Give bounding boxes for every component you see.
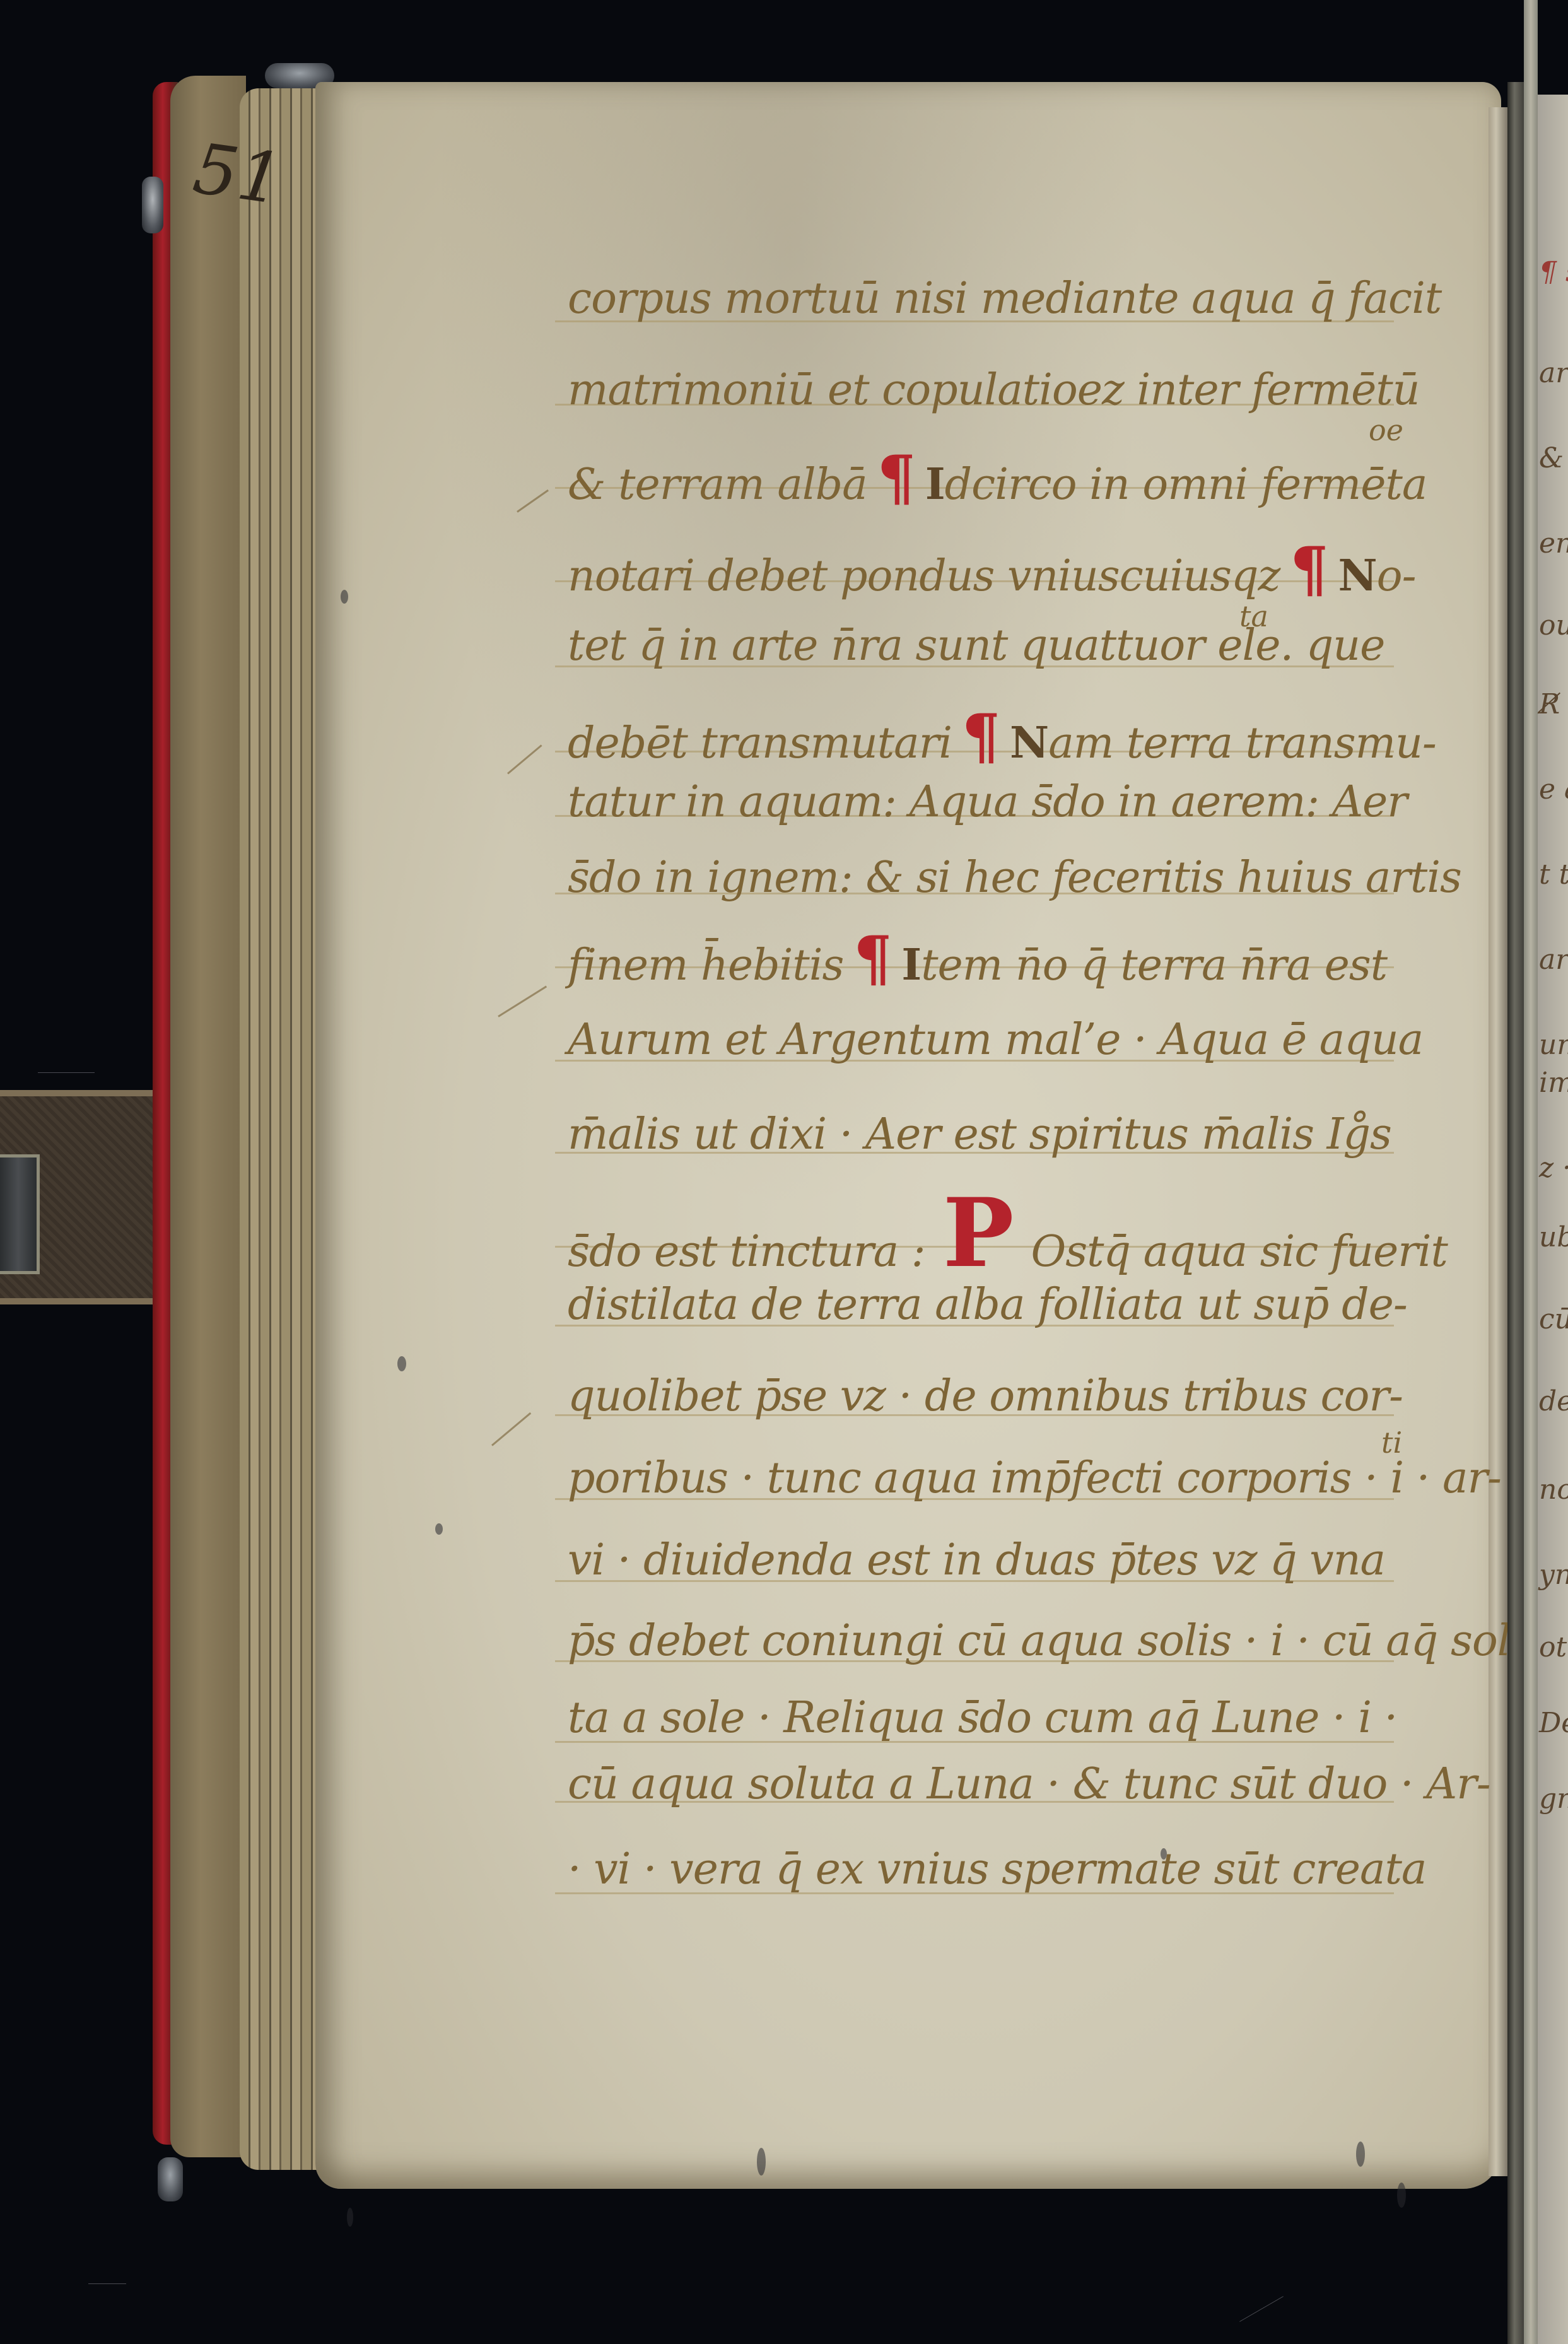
line-text: tatur in aquam: Aqua s̄do in aerem: Aer — [568, 781, 1407, 824]
touched-capital: I — [925, 463, 945, 506]
facing-page-fragment: oua — [1539, 612, 1568, 640]
line-text: ta a sole · Reliqua s̄do cum aq̄ Lune · … — [568, 1697, 1397, 1740]
line-text: quolibet p̄se vz · de omnibus tribus cor… — [568, 1375, 1403, 1418]
ink-speck — [347, 2208, 353, 2227]
pilcrow-rubric-icon: ¶ — [1290, 539, 1328, 600]
facing-page-fragment: umf — [1539, 1031, 1568, 1059]
text-line-19: cū aqua soluta a Luna · & tunc sūt duo ·… — [568, 1763, 1400, 1806]
page-fore-edge — [1489, 107, 1507, 2176]
binding-turn-in — [170, 76, 246, 2157]
line-text: notari debet pondus vniuscuiusqz — [568, 555, 1280, 598]
gutter-shadow — [1507, 82, 1525, 2344]
facing-page-fragment: artes — [1539, 360, 1568, 387]
text-line-10: Aurum et Argentum mal’e · Aqua ē aqua — [568, 1019, 1400, 1062]
metal-clasp-plate — [0, 1154, 40, 1274]
line-text: s̄do est tinctura : — [568, 1231, 925, 1274]
text-line-15: poribus · tunc aqua imp̄fecti corporis ·… — [568, 1457, 1400, 1500]
line-text: corpus mortuū nisi mediante aqua q̄ faci… — [568, 278, 1441, 320]
line-text: Aurum et Argentum mal’e · Aqua ē aqua — [568, 1019, 1423, 1062]
pilcrow-rubric-icon: ¶ — [877, 448, 915, 508]
facing-page-fragment: arte — [1539, 946, 1568, 974]
facing-page-fragment: gnis — [1539, 1785, 1568, 1813]
touched-capital: N — [1010, 722, 1048, 765]
ink-speck — [757, 2148, 766, 2176]
facing-page: ¶ send artes & fev entu oua R̸ do e alb … — [1538, 95, 1568, 2344]
facing-page-fragment: yni — [1539, 1561, 1568, 1589]
background-scratch — [38, 1072, 95, 1073]
red-initial-letter: P — [943, 1195, 1014, 1271]
facing-page-fragment: ¶ send — [1539, 259, 1568, 286]
line-text: vi · diuidenda est in duas p̄tes vz q̄ v… — [568, 1539, 1385, 1582]
facing-page-fragment: z · in — [1539, 1154, 1568, 1182]
superscript-abbreviation: ta — [1239, 599, 1268, 633]
facing-page-fragment: cū pa — [1539, 1306, 1568, 1333]
text-line-18: ta a sole · Reliqua s̄do cum aq̄ Lune · … — [568, 1697, 1400, 1740]
facing-page-fragment: nol — [1539, 1476, 1568, 1504]
line-text: cū aqua soluta a Luna · & tunc sūt duo ·… — [568, 1763, 1490, 1806]
facing-page-fragment: oti — [1539, 1634, 1568, 1661]
facing-page-fragment: Den — [1539, 1709, 1568, 1737]
facing-page-fragment: R̸ do — [1539, 691, 1568, 718]
background-scratch — [88, 2283, 126, 2284]
facing-page-fragment: imp — [1539, 1069, 1568, 1097]
superscript-abbreviation: ti — [1381, 1426, 1402, 1460]
text-line-5: tet q̄ in arte n̄ra sunt quattuor ele. q… — [568, 624, 1400, 667]
text-line-13: distilata de terra alba folliata ut sup̄… — [568, 1284, 1400, 1327]
pilcrow-rubric-icon: ¶ — [853, 929, 891, 989]
text-line-7: tatur in aquam: Aqua s̄do in aerem: Aer — [568, 781, 1400, 824]
line-text: p̄s debet coniungi cū aqua solis · i · c… — [568, 1620, 1551, 1663]
facing-page-fragment: t terr — [1539, 861, 1568, 889]
pilcrow-rubric-icon: ¶ — [962, 706, 1000, 767]
superscript-abbreviation: oe — [1369, 413, 1403, 447]
text-line-6: debēt transmutari ¶ N am terra transmu- — [568, 706, 1400, 767]
line-text: & terram albā — [568, 464, 867, 507]
line-text: m̄alis ut dixi · Aer est spiritus m̄alis… — [568, 1113, 1391, 1156]
facing-page-fragment: e alb — [1539, 776, 1568, 804]
line-text: poribus · tunc aqua imp̄fecti corporis ·… — [568, 1457, 1501, 1500]
line-text: tem n̄o q̄ terra n̄ra est — [921, 944, 1387, 987]
text-line-2: matrimoniū et copulatioez inter fermētū — [568, 369, 1400, 412]
line-text: debēt transmutari — [568, 722, 952, 765]
touched-capital: I — [901, 944, 921, 987]
text-line-16: vi · diuidenda est in duas p̄tes vz q̄ v… — [568, 1539, 1400, 1582]
line-text: finem h̄ebitis — [568, 944, 843, 987]
text-line-14: quolibet p̄se vz · de omnibus tribus cor… — [568, 1375, 1400, 1418]
facing-page-fragment: entu — [1539, 530, 1568, 558]
facing-page-fragment: ubti — [1539, 1224, 1568, 1251]
line-text: Ostq̄ aqua sic fuerit — [1031, 1231, 1448, 1274]
page-holder-bar — [1524, 0, 1538, 2344]
facing-page-fragment: de — [1539, 1388, 1568, 1415]
line-text: o- — [1377, 555, 1416, 598]
text-line-4: notari debet pondus vniuscuiusqz ¶ N o- — [568, 539, 1400, 600]
touched-capital: N — [1338, 554, 1376, 597]
text-line-1: corpus mortuū nisi mediante aqua q̄ faci… — [568, 278, 1400, 320]
text-line-17: p̄s debet coniungi cū aqua solis · i · c… — [568, 1620, 1400, 1663]
line-text: dcirco in omni fermēta — [945, 464, 1427, 507]
line-text: am terra transmu- — [1048, 722, 1436, 765]
line-text: matrimoniū et copulatioez inter fermētū — [568, 369, 1419, 412]
text-line-3: & terram albā ¶ I dcirco in omni fermēta — [568, 448, 1400, 508]
text-line-12: s̄do est tinctura : P Ostq̄ aqua sic fue… — [568, 1195, 1400, 1274]
facing-page-fragment: & fev — [1539, 445, 1568, 472]
line-text: · vi · vera q̄ ex vnius spermate sūt cre… — [568, 1848, 1426, 1891]
ink-speck — [435, 1523, 443, 1535]
line-text: distilata de terra alba folliata ut sup̄… — [568, 1284, 1407, 1327]
page-stack-edges — [240, 88, 322, 2170]
ink-speck — [1356, 2142, 1365, 2167]
text-line-8: s̄do in ignem: & si hec feceritis huius … — [568, 857, 1400, 900]
ink-speck — [1397, 2183, 1406, 2208]
metal-boss-icon — [158, 2157, 183, 2201]
line-text: s̄do in ignem: & si hec feceritis huius … — [568, 857, 1461, 900]
text-line-9: finem h̄ebitis ¶ I tem n̄o q̄ terra n̄ra… — [568, 929, 1400, 989]
background-scratch — [1239, 2296, 1284, 2322]
ink-speck — [397, 1356, 406, 1371]
metal-boss-icon — [142, 177, 163, 233]
ink-speck — [341, 590, 348, 604]
text-line-20: · vi · vera q̄ ex vnius spermate sūt cre… — [568, 1848, 1400, 1891]
text-line-11: m̄alis ut dixi · Aer est spiritus m̄alis… — [568, 1113, 1400, 1156]
